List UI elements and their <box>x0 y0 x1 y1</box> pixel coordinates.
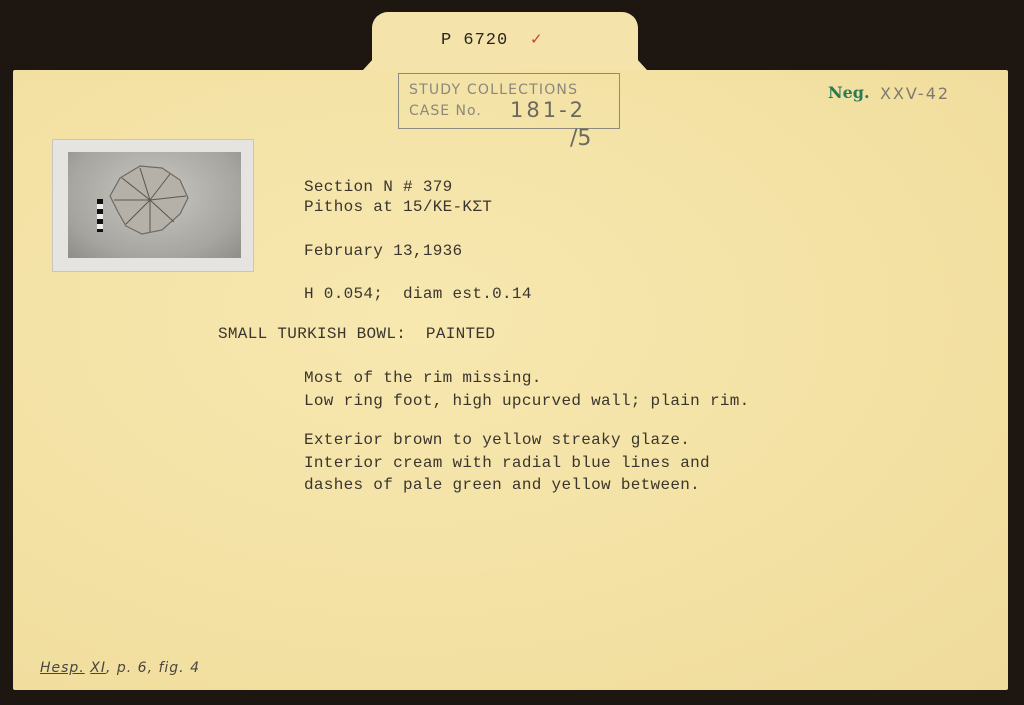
inventory-number: P 6720 <box>441 31 508 50</box>
reference-volume: XI <box>90 660 106 676</box>
study-collections-stamp: STUDY COLLECTIONS CASE No. 181-2 <box>398 73 620 129</box>
case-number: 181-2 <box>510 98 586 122</box>
decoration-line-3: dashes of pale green and yellow between. <box>304 476 700 494</box>
dimensions-line: H 0.054; diam est.0.14 <box>304 285 532 303</box>
case-fraction: /5 <box>570 126 591 151</box>
decoration-line-2: Interior cream with radial blue lines an… <box>304 454 710 472</box>
section-line: Section N # 379 <box>304 178 453 196</box>
photo-mount <box>52 139 254 272</box>
check-mark-icon: ✓ <box>530 30 543 48</box>
bowl-fragment-icon <box>100 160 192 238</box>
publication-reference: Hesp. XI, p. 6, fig. 4 <box>40 660 200 676</box>
description-line-2: Low ring foot, high upcurved wall; plain… <box>304 392 750 410</box>
reference-journal: Hesp. <box>40 660 85 676</box>
negative-number: XXV-42 <box>880 84 950 103</box>
date-line: February 13,1936 <box>304 242 462 260</box>
decoration-line-1: Exterior brown to yellow streaky glaze. <box>304 431 690 449</box>
stamp-line-1: STUDY COLLECTIONS <box>409 82 578 98</box>
negative-label: Neg. <box>828 83 870 102</box>
stamp-line-2: CASE No. <box>409 103 482 119</box>
description-line-1: Most of the rim missing. <box>304 369 542 387</box>
artifact-photo <box>68 152 241 258</box>
context-line: Pithos at 15/ΚΕ-ΚΣΤ <box>304 198 492 216</box>
object-title: SMALL TURKISH BOWL: PAINTED <box>218 325 495 343</box>
reference-figure: fig. 4 <box>158 660 200 676</box>
reference-page: , p. 6, <box>106 660 153 676</box>
scale-bar <box>97 199 103 232</box>
